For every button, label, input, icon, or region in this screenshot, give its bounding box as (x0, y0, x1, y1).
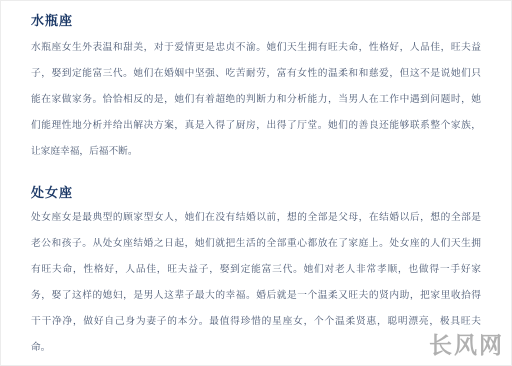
paragraph-line: 让家庭幸福，后福不断。 (31, 139, 481, 165)
paragraph-line: 老公和孩子。从处女座结婚之日起，她们就把生活的全部重心都放在了家庭上。处女座的人… (31, 231, 481, 257)
section-heading-aquarius: 水瓶座 (31, 9, 481, 33)
paragraph-line: 能在家做家务。恰恰相反的是，她们有着超绝的判断力和分析能力，当男人在工作中遇到问… (31, 87, 481, 113)
section-heading-virgo: 处女座 (31, 181, 481, 205)
paragraph-line: 干干净净，做好自己身为妻子的本分。最值得珍惜的星座女，个个温柔贤惠，聪明漂亮，极… (31, 309, 481, 335)
paragraph-line: 命。 (31, 335, 481, 361)
paragraph-line: 处女座女是最典型的顾家型女人，她们在没有结婚以前，想的全部是父母，在结婚以后，想… (31, 205, 481, 231)
article-page: 水瓶座 水瓶座女生外表温和甜美，对于爱情更是忠贞不渝。她们天生拥有旺夫命，性格好… (0, 0, 512, 366)
paragraph-line: 水瓶座女生外表温和甜美，对于爱情更是忠贞不渝。她们天生拥有旺夫命，性格好，人品佳… (31, 35, 481, 61)
section-virgo: 处女座 处女座女是最典型的顾家型女人，她们在没有结婚以前，想的全部是父母，在结婚… (31, 181, 481, 361)
watermark-logo: 长风网 (429, 327, 504, 360)
article-content: 水瓶座 水瓶座女生外表温和甜美，对于爱情更是忠贞不渝。她们天生拥有旺夫命，性格好… (1, 1, 511, 361)
paragraph-virgo: 处女座女是最典型的顾家型女人，她们在没有结婚以前，想的全部是父母，在结婚以后，想… (31, 205, 481, 361)
paragraph-line: 们能理性地分析并给出解决方案，真是入得了厨房，出得了厅堂。她们的善良还能够联系整… (31, 113, 481, 139)
paragraph-line: 子，娶到定能富三代。她们在婚姻中坚强、吃苦耐劳，富有女性的温柔和和慈爱，但这不是… (31, 61, 481, 87)
paragraph-line: 有旺夫命，性格好，人品佳，旺夫益子，娶到定能富三代。她们对老人非常孝顺，也做得一… (31, 257, 481, 283)
paragraph-line: 务，娶了这样的媳妇，是男人这辈子最大的幸福。婚后就是一个温柔又旺夫的贤内助，把家… (31, 283, 481, 309)
paragraph-aquarius: 水瓶座女生外表温和甜美，对于爱情更是忠贞不渝。她们天生拥有旺夫命，性格好，人品佳… (31, 35, 481, 165)
section-aquarius: 水瓶座 水瓶座女生外表温和甜美，对于爱情更是忠贞不渝。她们天生拥有旺夫命，性格好… (31, 9, 481, 165)
